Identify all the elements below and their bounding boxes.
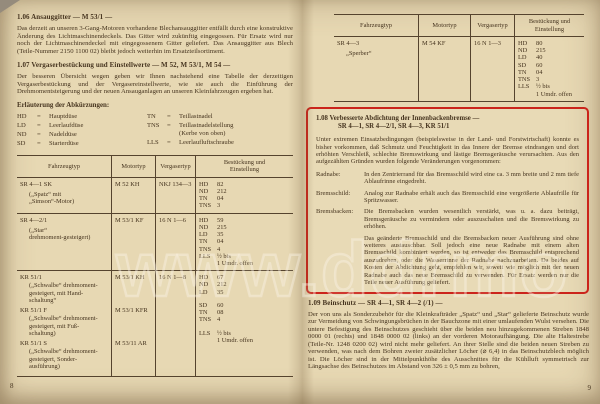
setting-key: TN: [199, 238, 217, 245]
abbr-value: Teillastnadel: [179, 113, 293, 121]
setting-line: LD35: [199, 289, 290, 296]
definition-term: Radnabe:: [316, 171, 364, 186]
setting-value: ½ bis 1 Umdr. offen: [217, 330, 290, 344]
abbreviations-column-left: HD=Hauptdüse LD=Leerlaufdüse ND=Nadeldüs…: [17, 113, 147, 149]
table-row-star: SR 4—2/1 („Star“ drehmoment-gesteigert) …: [17, 213, 293, 271]
section-outro-1-08: Das geänderte Bremsschild und die Bremsb…: [364, 235, 579, 287]
setting-line: LLS½ bis 1 Umdr. offen: [199, 253, 290, 267]
setting-line: TN04: [199, 195, 290, 202]
header-bestueckung: Bestückung und Einstellung: [514, 15, 584, 36]
definition-item-bremsbacken: Bremsbacken: Die Bremsbacken wurden wese…: [316, 208, 579, 230]
equals-sign: =: [167, 113, 179, 121]
definition-item-radnabe: Radnabe: In den Zentrierrand für das Bre…: [316, 171, 579, 186]
vehicle-variant: KR 51/1 S („Schwalbe“ drehmoment- gestei…: [20, 340, 108, 373]
vehicle-name: SR 4—3: [337, 40, 415, 47]
setting-value: 212: [217, 188, 290, 195]
left-page: 1.06 Ansauggitter — M 53/1 — Das derzeit…: [0, 0, 300, 404]
setting-key: TN: [199, 309, 217, 316]
carb-cell: 16 N 1—8: [155, 271, 195, 376]
abbreviation-row: SD=Starterdüse: [17, 140, 147, 148]
setting-line: HD80: [518, 40, 581, 47]
setting-value: ½ bis 1 Umdr. offen: [217, 253, 290, 267]
setting-line: TN04: [199, 238, 290, 245]
setting-value: 04: [217, 195, 290, 202]
header-bestueckung: Bestückung und Einstellung: [195, 156, 293, 177]
abbr-key: TNS: [147, 122, 167, 138]
header-motortyp: Motortyp: [418, 15, 470, 36]
setting-key: ND: [518, 47, 536, 54]
vehicle-name: SR 4—2/1: [20, 217, 108, 224]
abbr-key: HD: [17, 113, 37, 121]
vehicle-desc: „Sperber“: [337, 50, 415, 57]
abbr-value: Leerlaufdüse: [49, 122, 147, 130]
abbr-key: TN: [147, 113, 167, 121]
setting-value: 80: [536, 40, 581, 47]
setting-key: LLS: [199, 330, 217, 344]
abbreviation-row: TN=Teillastnadel: [147, 113, 293, 121]
abbr-value: Nadeldüse: [49, 131, 147, 139]
abbr-key: ND: [17, 131, 37, 139]
definition-term: Bremsschild:: [316, 190, 364, 205]
abbreviations-heading: Erläuterung der Abkürzungen:: [17, 102, 293, 109]
setting-key: ND: [199, 281, 217, 288]
abbreviations-column-right: TN=Teillastnadel TNS=Teillastnadelstellu…: [147, 113, 293, 149]
setting-value: 35: [217, 231, 290, 238]
header-motortyp: Motortyp: [111, 156, 155, 177]
motor-cell: M 53/1 KF: [111, 214, 155, 271]
abbreviation-row: TNS=Teillastnadelstellung (Kerbe von obe…: [147, 122, 293, 138]
settings-cell: HD82 ND212 TN04 TNS3: [195, 178, 293, 213]
section-heading-1-08: 1.08 Verbesserte Abdichtung der Innenbac…: [316, 115, 579, 131]
setting-line: LD40: [518, 54, 581, 61]
setting-key: TNS: [518, 76, 536, 83]
abbr-key: LD: [17, 122, 37, 130]
setting-key: SD: [518, 62, 536, 69]
abbr-value: Leerlaufluftschraube: [179, 139, 293, 147]
vehicle-name: KR 51/1 F: [20, 307, 108, 314]
setting-line: SD60: [199, 302, 290, 309]
setting-line: TNS4: [199, 246, 290, 253]
setting-key: TNS: [199, 246, 217, 253]
setting-value: 60: [217, 302, 290, 309]
right-page: Fahrzeugtyp Motortyp Vergasertyp Bestück…: [300, 0, 600, 404]
setting-line: TNS3: [199, 202, 290, 209]
vehicle-desc: („Star“ drehmoment-gesteigert): [20, 227, 108, 241]
carb-cell: NKJ 134—3: [155, 178, 195, 213]
settings-cell: HD80 ND215 LD40 SD60 TN04 TNS3 LLS½ bis …: [514, 37, 584, 101]
carb-cell: 16 N 1—6: [155, 214, 195, 271]
setting-line: HD67: [199, 274, 290, 281]
definition-item-bremsschild: Bremsschild: Analog zur Radnabe erhält a…: [316, 190, 579, 205]
vehicle-cell: SR 4—1 SK („Spatz“ mit „Simson“-Motor): [17, 178, 111, 213]
carb-cell: 16 N 1—3: [470, 37, 514, 101]
equals-sign: =: [37, 113, 49, 121]
equals-sign: =: [37, 140, 49, 148]
setting-value: 4: [217, 246, 290, 253]
setting-line: ND215: [199, 224, 290, 231]
settings-cell: HD67 ND212 LD35 SD60 TN08 TNS4 LLS½ bis …: [195, 271, 293, 376]
setting-line: ND215: [518, 47, 581, 54]
setting-value: 04: [217, 238, 290, 245]
setting-value: 212: [217, 281, 290, 288]
setting-key: TN: [199, 195, 217, 202]
setting-line: LD35: [199, 231, 290, 238]
setting-value: 215: [217, 224, 290, 231]
setting-line: ND212: [199, 188, 290, 195]
vehicle-cell: KR 51/1 („Schwalbe“ drehmoment- gesteige…: [17, 271, 111, 376]
vehicle-name: KR 51/1: [20, 274, 108, 281]
setting-value: 3: [536, 76, 581, 83]
settings-group: LLS½ bis 1 Umdr. offen: [199, 330, 290, 344]
setting-line: LLS½ bis 1 Umdr. offen: [518, 83, 581, 97]
abbr-value: Hauptdüse: [49, 113, 147, 121]
vehicle-desc: („Schwalbe“ drehmoment- gesteigert, Sond…: [20, 348, 108, 370]
setting-key: HD: [518, 40, 536, 47]
equals-sign: =: [37, 131, 49, 139]
setting-line: LLS½ bis 1 Umdr. offen: [199, 330, 290, 344]
settings-group: HD67 ND212 LD35: [199, 274, 290, 296]
setting-key: HD: [199, 274, 217, 281]
table-header-row: Fahrzeugtyp Motortyp Vergasertyp Bestück…: [334, 15, 584, 37]
setting-key: TN: [518, 69, 536, 76]
settings-group: SD60 TN08 TNS4: [199, 302, 290, 324]
setting-key: ND: [199, 224, 217, 231]
setting-value: ½ bis 1 Umdr. offen: [536, 83, 581, 97]
section-body-1-06: Das derzeit an unseren 3-Gang-Motoren vo…: [17, 25, 293, 55]
table-row-schwalbe-group: KR 51/1 („Schwalbe“ drehmoment- gesteige…: [17, 270, 293, 376]
setting-key: TNS: [199, 316, 217, 323]
settings-cell: HD59 ND215 LD35 TN04 TNS4 LLS½ bis 1 Umd…: [195, 214, 293, 271]
header-fahrzeugtyp: Fahrzeugtyp: [17, 156, 111, 177]
header-fahrzeugtyp: Fahrzeugtyp: [334, 15, 418, 36]
setting-key: SD: [199, 302, 217, 309]
heading-line-2: SR 4—1, SR 4—2/1, SR 4—3, KR 51/1: [338, 123, 579, 131]
setting-key: HD: [199, 181, 217, 188]
section-intro-1-08: Unter extremen Einsatzbedingungen (beisp…: [316, 136, 579, 166]
equals-sign: =: [167, 122, 179, 138]
equals-sign: =: [37, 122, 49, 130]
section-body-1-07: Der besseren Übersicht wegen geben wir I…: [17, 73, 293, 96]
header-vergasertyp: Vergasertyp: [470, 15, 514, 36]
section-heading-1-07: 1.07 Vergaserbestückung und Einstellwert…: [17, 61, 293, 69]
motor-cell: M 52 KH: [111, 178, 155, 213]
vehicle-cell: SR 4—2/1 („Star“ drehmoment-gesteigert): [17, 214, 111, 271]
setting-value: 60: [536, 62, 581, 69]
table-header-row: Fahrzeugtyp Motortyp Vergasertyp Bestück…: [17, 156, 293, 178]
setting-value: 04: [536, 69, 581, 76]
section-body-1-09: Der von uns als Sonderzubehör für die Kl…: [308, 311, 589, 372]
header-vergasertyp: Vergasertyp: [155, 156, 195, 177]
equals-sign: =: [167, 139, 179, 147]
table-row-spatz: SR 4—1 SK („Spatz“ mit „Simson“-Motor) M…: [17, 178, 293, 213]
setting-line: ND212: [199, 281, 290, 288]
setting-line: SD60: [518, 62, 581, 69]
vehicle-variant: KR 51/1 F („Schwalbe“ drehmoment- gestei…: [20, 307, 108, 340]
definition-term: Bremsbacken:: [316, 208, 364, 230]
setting-key: LLS: [518, 83, 536, 97]
motor-variant: M 53/1 KFR: [115, 307, 152, 340]
carburetor-table-right: Fahrzeugtyp Motortyp Vergasertyp Bestück…: [334, 14, 584, 102]
motor-cell: M 54 KF: [418, 37, 470, 101]
setting-value: 08: [217, 309, 290, 316]
setting-key: ND: [199, 188, 217, 195]
highlighted-section-1-08: 1.08 Verbesserte Abdichtung der Innenbac…: [306, 107, 589, 294]
abbr-key: LLS: [147, 139, 167, 147]
abbreviation-row: LLS=Leerlaufluftschraube: [147, 139, 293, 147]
vehicle-name: KR 51/1 S: [20, 340, 108, 347]
abbreviation-row: ND=Nadeldüse: [17, 131, 147, 139]
abbr-key: SD: [17, 140, 37, 148]
vehicle-variant: KR 51/1 („Schwalbe“ drehmoment- gesteige…: [20, 274, 108, 307]
vehicle-desc: („Spatz“ mit „Simson“-Motor): [20, 191, 108, 205]
definition-text: Analog zur Radnabe erhält auch das Brems…: [364, 190, 579, 205]
setting-value: 67: [217, 274, 290, 281]
setting-key: LLS: [199, 253, 217, 267]
page-number-right: 9: [588, 384, 592, 392]
scanner-corner-shadow: [0, 0, 20, 13]
setting-value: 59: [217, 217, 290, 224]
abbr-value: Starterdüse: [49, 140, 147, 148]
setting-line: HD82: [199, 181, 290, 188]
setting-value: 3: [217, 202, 290, 209]
definition-text: Die Bremsbacken wurden wesentlich verstä…: [364, 208, 579, 230]
motor-variant: M 53/1 KH: [115, 274, 152, 307]
abbreviation-row: LD=Leerlaufdüse: [17, 122, 147, 130]
section-heading-1-09: 1.09 Beinschutz — SR 4—1, SR 4—2 (/1) —: [308, 299, 589, 307]
abbreviation-row: HD=Hauptdüse: [17, 113, 147, 121]
motor-variant: M 53/11 AR: [115, 340, 152, 373]
heading-line-1: 1.08 Verbesserte Abdichtung der Innenbac…: [316, 115, 579, 123]
page-number-left: 8: [10, 382, 14, 390]
setting-key: HD: [199, 217, 217, 224]
definition-text: In den Zentrierrand für das Bremsschild …: [364, 171, 579, 186]
setting-line: TN04: [518, 69, 581, 76]
setting-value: 35: [217, 289, 290, 296]
setting-value: 82: [217, 181, 290, 188]
carburetor-table-left: Fahrzeugtyp Motortyp Vergasertyp Bestück…: [17, 155, 293, 378]
setting-key: TNS: [199, 202, 217, 209]
vehicle-cell: SR 4—3 „Sperber“: [334, 37, 418, 101]
table-row-sperber: SR 4—3 „Sperber“ M 54 KF 16 N 1—3 HD80 N…: [334, 37, 584, 101]
abbr-value: Teillastnadelstellung (Kerbe von oben): [179, 122, 293, 138]
setting-line: TNS3: [518, 76, 581, 83]
abbreviations-list: HD=Hauptdüse LD=Leerlaufdüse ND=Nadeldüs…: [17, 113, 293, 149]
vehicle-desc: („Schwalbe“ drehmoment- gesteigert, mit …: [20, 315, 108, 337]
setting-value: 215: [536, 47, 581, 54]
setting-line: TNS4: [199, 316, 290, 323]
vehicle-desc: („Schwalbe“ drehmoment- gesteigert, mit …: [20, 282, 108, 304]
setting-line: TN08: [199, 309, 290, 316]
scanned-manual-spread: 1.06 Ansauggitter — M 53/1 — Das derzeit…: [0, 0, 600, 404]
motor-cell: M 53/1 KH M 53/1 KFR M 53/11 AR: [111, 271, 155, 376]
setting-key: LD: [199, 289, 217, 296]
setting-key: LD: [199, 231, 217, 238]
setting-value: 4: [217, 316, 290, 323]
setting-key: LD: [518, 54, 536, 61]
section-heading-1-06: 1.06 Ansauggitter — M 53/1 —: [17, 13, 293, 21]
vehicle-name: SR 4—1 SK: [20, 181, 108, 188]
setting-line: HD59: [199, 217, 290, 224]
setting-value: 40: [536, 54, 581, 61]
